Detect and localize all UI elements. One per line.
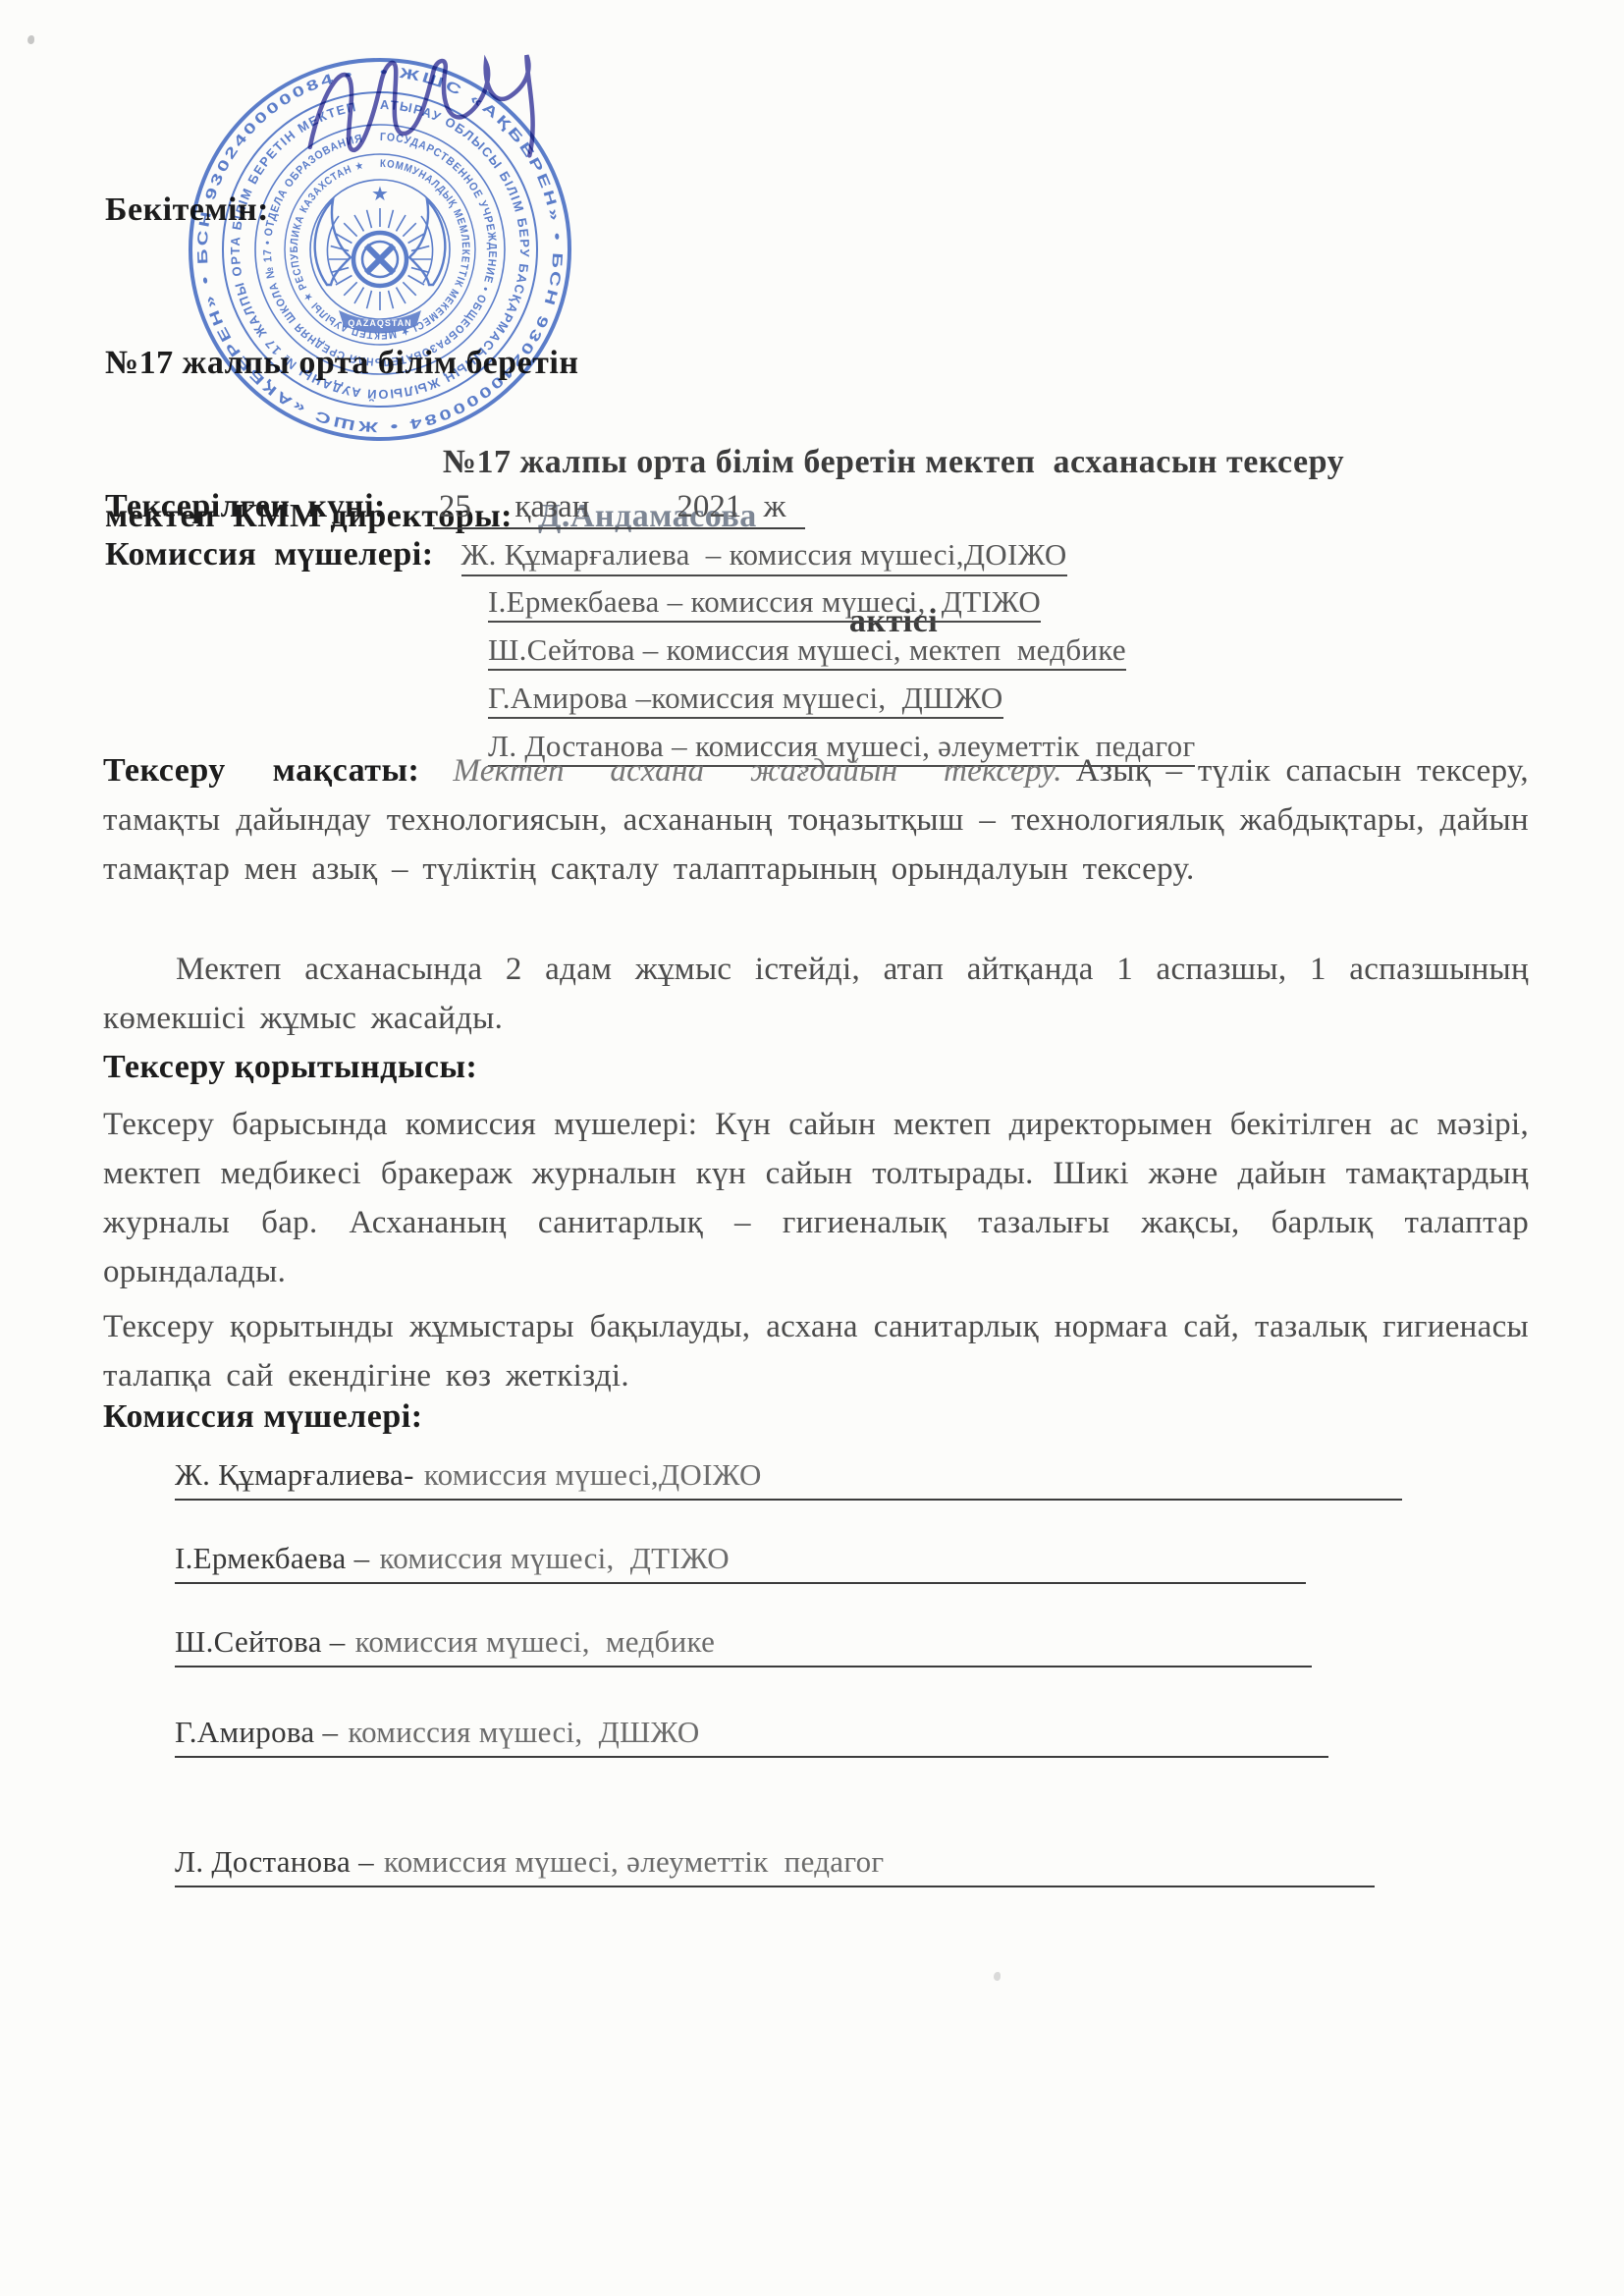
signature-row: І.Ермекбаева –комиссия мүшесі, ДТІЖО — [175, 1541, 1306, 1584]
signature-role: комиссия мүшесі,ДОІЖО — [414, 1457, 762, 1492]
commission-member-row: І.Ермекбаева – комиссия мүшесі, ДТІЖО — [488, 584, 1195, 632]
inspection-date-row: Тексерілген күні:25 қазан 2021 ж — [105, 488, 805, 525]
signature-role: комиссия мүшесі, ДШЖО — [338, 1715, 699, 1749]
signatures-heading: Комиссия мүшелері: — [103, 1398, 423, 1436]
signature-name: Л. Достанова – — [175, 1844, 374, 1879]
signature-role: комиссия мүшесі, ДТІЖО — [369, 1541, 730, 1575]
inspection-date-label: Тексерілген күні: — [105, 488, 386, 524]
commission-member: І.Ермекбаева – комиссия мүшесі, ДТІЖО — [488, 584, 1041, 623]
commission-block: Комиссия мүшелері:Ж. Құмарғалиева – коми… — [105, 536, 1195, 777]
signature-row: Ш.Сейтова –комиссия мүшесі, медбике — [175, 1624, 1312, 1667]
emblem-banner-label: QAZAQSTAN — [348, 318, 411, 328]
purpose-italic-text: Мектеп асхана жағдайын тексеру. — [419, 753, 1075, 789]
commission-member-row: Г.Амирова –комиссия мүшесі, ДШЖО — [488, 681, 1195, 729]
signature-role: комиссия мүшесі, әлеуметтік педагог — [374, 1844, 885, 1879]
commission-member: Г.Амирова –комиссия мүшесі, ДШЖО — [488, 681, 1003, 719]
commission-header-row: Комиссия мүшелері:Ж. Құмарғалиева – коми… — [105, 536, 1195, 584]
signature-row: Л. Достанова –комиссия мүшесі, әлеуметті… — [175, 1844, 1375, 1887]
commission-member: Ж. Құмарғалиева – комиссия мүшесі,ДОІЖО — [461, 537, 1067, 576]
director-signature-ink — [284, 25, 600, 197]
commission-member-row: Ш.Сейтова – комиссия мүшесі, мектеп медб… — [488, 632, 1195, 681]
emblem-shanyrak-cross — [366, 246, 394, 273]
purpose-label: Тексеру мақсаты: — [103, 752, 419, 789]
staff-paragraph: Мектеп асханасында 2 адам жұмыс істейді,… — [103, 945, 1529, 1043]
commission-member: Ш.Сейтова – комиссия мүшесі, мектеп медб… — [488, 632, 1126, 671]
result-heading: Тексеру қорытындысы: — [103, 1049, 477, 1086]
result-paragraph-2: Тексеру қорытынды жұмыстары бақылауды, а… — [103, 1302, 1529, 1400]
inspection-date-value: 25 қазан 2021 ж — [433, 489, 806, 529]
signature-name: Ж. Құмарғалиева- — [175, 1457, 414, 1492]
signature-name: І.Ермекбаева – — [175, 1541, 369, 1575]
purpose-paragraph: Тексеру мақсаты:Мектеп асхана жағдайын т… — [103, 746, 1529, 894]
scan-artifact — [994, 1972, 1001, 1981]
signature-name: Г.Амирова – — [175, 1715, 338, 1749]
commission-label: Комиссия мүшелері: — [105, 536, 434, 573]
scan-artifact — [27, 35, 34, 44]
signature-row: Ж. Құмарғалиева-комиссия мүшесі,ДОІЖО — [175, 1457, 1402, 1501]
result-paragraph-1: Тексеру барысында комиссия мүшелері: Күн… — [103, 1100, 1529, 1296]
stamp-emblem: ★ QAZAQSTAN — [315, 182, 446, 334]
signature-row: Г.Амирова –комиссия мүшесі, ДШЖО — [175, 1715, 1328, 1758]
signature-name: Ш.Сейтова – — [175, 1624, 346, 1659]
signature-role: комиссия мүшесі, медбике — [346, 1624, 716, 1659]
